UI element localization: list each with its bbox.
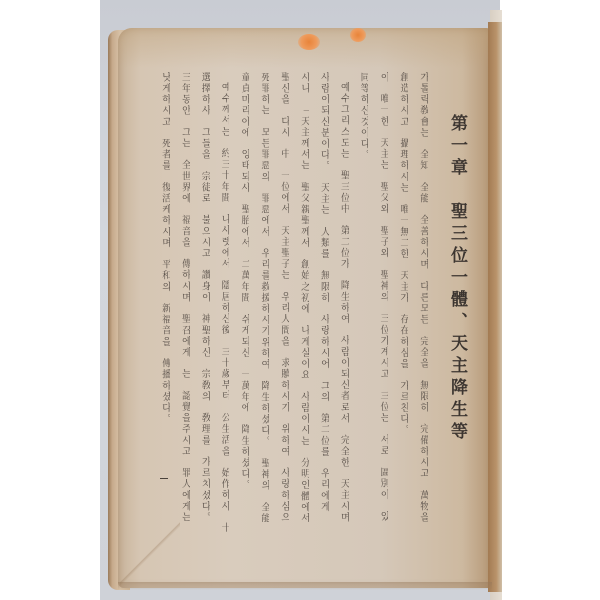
text-column: 同等하신것이다。 bbox=[354, 72, 369, 522]
text-column: 童貞마리아에 잉태되사 聖胎에서 二萬年間 쉬게되신 一萬年에 降生하셨다。 bbox=[234, 72, 249, 522]
text-column: 三年동안 그는 全世界에 福音을 傳하시며 聖召에게 는 認覺을주시고 罪人에게… bbox=[175, 72, 190, 522]
vertical-text-block: 第一章 聖三位一體、天主降生等 가톨릭敎會는 全知 全能 全善하시며 다른모든 … bbox=[150, 72, 470, 522]
text-column: 사람이되신분이다。 天主는 人類를 無限히 사랑하시어 그의 第二位를 우리에게… bbox=[314, 72, 329, 522]
text-column: 예수께서는 約三十年間 나사렛에서 隱居하신後 三十歲부터 公生活을 始作하사 … bbox=[215, 72, 230, 532]
text-column: 聖신을 다시 中 一位에서 天主聖子는 우리人間을 求贖하시기 위하여 사랑하심… bbox=[274, 72, 289, 522]
text-column: 死罪하는 모든罪惡의 罪惡에서 우리를救援하시기위하여 降生하셨다。 聖神의 全… bbox=[254, 72, 269, 522]
text-column: 가톨릭敎會는 全知 全能 全善하시며 다른모든 完全을 無限히 完備하시고 萬物… bbox=[413, 72, 428, 522]
book-gutter bbox=[488, 22, 502, 592]
text-column: 시니 「天主께서는 聖父親聖께서 創始之初에 나게실이요 사람이시는 分明인體에… bbox=[294, 72, 309, 522]
orange-stain bbox=[298, 34, 320, 50]
text-column: 이 唯一한 天主는 聖父와 聖子와 聖神의 三位가계시고 三位는 서로 區別이 … bbox=[373, 72, 388, 522]
text-column: 創造하시고 攝理하시는 唯一無二한 天主가 存在하심을 가르친다。 bbox=[393, 72, 408, 522]
orange-stain bbox=[350, 28, 366, 42]
photo-scene: …… 第一章 聖三位一體、天主降生等 가톨릭敎會는 全知 全能 全善하시며 다른… bbox=[0, 0, 600, 600]
text-column: 낫게하시고 死者를 復活케하시며 平和의 新福音을 傳播하셨다。 bbox=[155, 72, 170, 522]
page-bottom-shadow bbox=[118, 582, 492, 590]
text-column: 예수그리스도는 聖三位中 第二位가 降生하여 사람이되신者로서 完全한 天主시며… bbox=[334, 72, 349, 532]
text-column: 選擇하사 그들을 宗徒로 불으시고 讚身이 神聖하신 宗敎의 敎理를 가르치셨다… bbox=[195, 72, 210, 522]
chapter-title: 第一章 聖三位一體、天主降生等 bbox=[446, 72, 470, 522]
page-marker-dash bbox=[160, 478, 168, 479]
